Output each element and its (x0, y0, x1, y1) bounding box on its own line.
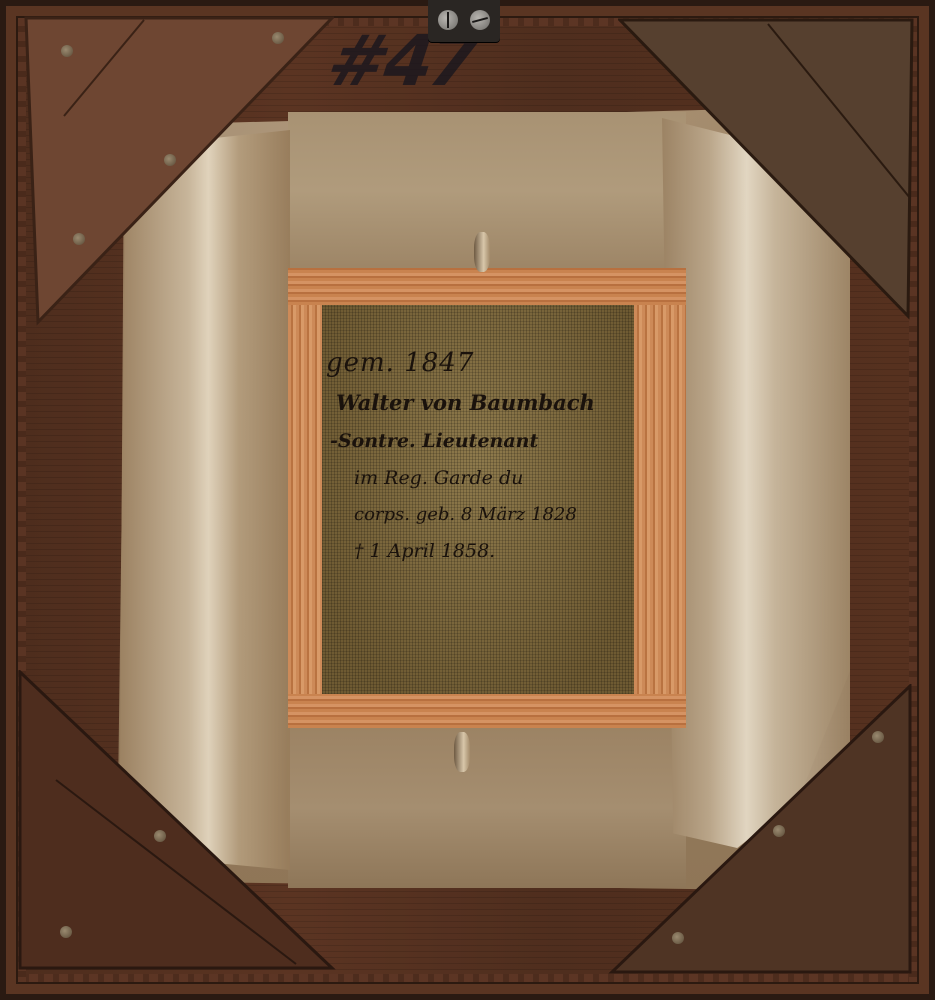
screw-icon (438, 10, 458, 30)
nail-icon (164, 154, 176, 166)
nail-icon (872, 731, 884, 743)
corner-brace-bottom-left (16, 670, 336, 970)
nail-icon (154, 830, 166, 842)
inscription-line: -Sontre. Lieutenant (330, 432, 538, 451)
tape-crease (454, 732, 470, 772)
inscription-line: gem. 1847 (326, 350, 474, 376)
painting-back-photo: #47 gem. 1847 Walter von Baumbach -Sontr… (0, 0, 935, 1000)
inscription-line: † 1 April 1858. (354, 542, 495, 561)
stretcher-bar-left (288, 305, 322, 694)
nail-icon (773, 825, 785, 837)
stretcher-bar-right (634, 305, 686, 694)
inscription-line: Walter von Baumbach (336, 392, 595, 413)
hanger-icon (428, 0, 500, 42)
nail-icon (73, 233, 85, 245)
tape-crease (474, 232, 490, 272)
corner-brace-top-left (24, 16, 334, 326)
nail-icon (61, 45, 73, 57)
nail-icon (672, 932, 684, 944)
corner-brace-bottom-right (608, 684, 914, 974)
nail-icon (272, 32, 284, 44)
screw-icon (470, 10, 490, 30)
inscription-line: im Reg. Garde du (354, 469, 523, 488)
nail-icon (60, 926, 72, 938)
corner-brace-top-right (618, 18, 914, 320)
inscription-line: corps. geb. 8 März 1828 (354, 506, 577, 524)
